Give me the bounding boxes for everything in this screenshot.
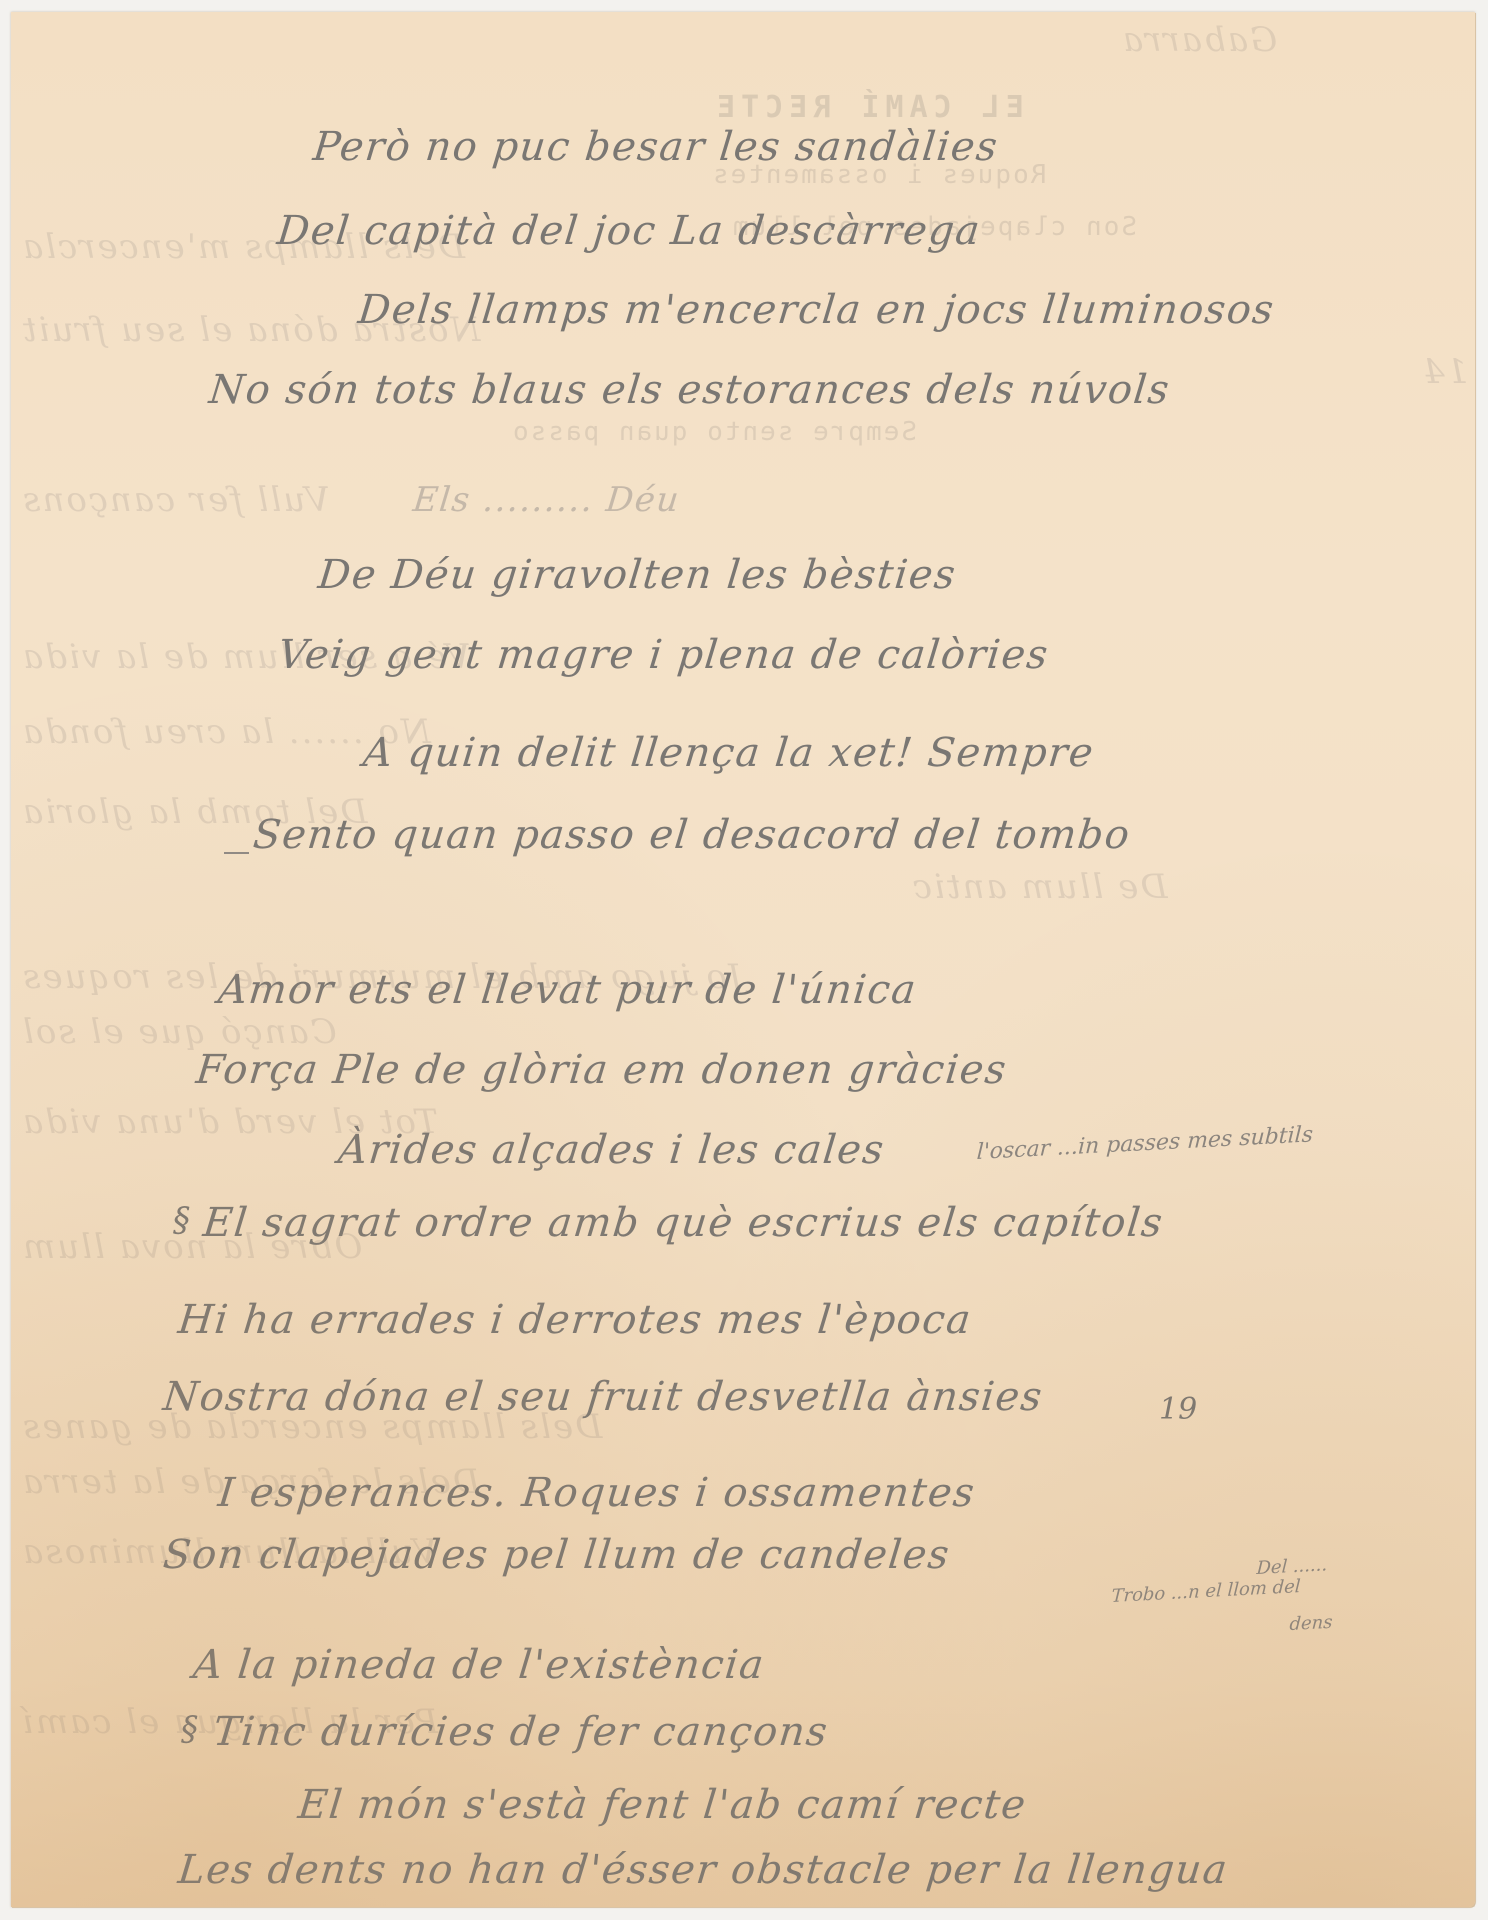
showthrough-header-word: Gabarra [1121, 20, 1277, 60]
poem-line-8: Sento quan passo el desacord del tombo [251, 812, 1133, 858]
poem-line-18: Tinc durícies de fer cançons [211, 1709, 831, 1755]
poem-line-7: A quin delit llença la xet! Sempre [361, 730, 1097, 776]
poem-line-15: I esperances. Roques i ossamentes [216, 1470, 978, 1516]
manuscript-page: Gabarra EL CAMÍ RECTE Roques i ossamente… [11, 12, 1475, 1907]
poem-line-10: Força Ple de glòria em donen gràcies [194, 1047, 1010, 1093]
poem-line-16: Son clapejades pel llum de candeles [161, 1532, 952, 1578]
showthrough-line: De llum antic [911, 867, 1168, 907]
poem-line-19: El món s'està fent l'ab camí recte [296, 1782, 1029, 1828]
margin-mark-icon: § [173, 1200, 190, 1240]
side-note-line: Trobo ...n el llom del [1111, 1576, 1301, 1607]
line-number: 19 [1159, 1392, 1197, 1427]
side-note-line: Del ...... [1256, 1554, 1328, 1579]
poem-line-2: Del capità del joc La descàrrega [275, 208, 983, 254]
poem-line-3: Dels llamps m'encercla en jocs lluminoso… [356, 287, 1277, 333]
poem-line-12: El sagrat ordre amb què escrius els capí… [201, 1200, 1166, 1246]
poem-line-6: Veig gent magre i plena de calòries [276, 632, 1051, 678]
showthrough-page-number: 14 [1421, 352, 1468, 392]
poem-line-1: Però no puc besar les sandàlies [311, 124, 1001, 170]
poem-line-9: Amor ets el llevat pur de l'única [216, 967, 919, 1013]
poem-line-17: A la pineda de l'existència [191, 1642, 767, 1688]
showthrough-line: Vull fer cançons [21, 480, 330, 520]
poem-line-20: Les dents no han d'ésser obstacle per la… [176, 1847, 1231, 1893]
showthrough-line: Sempre sento quan passo [511, 417, 917, 447]
poem-line-14: Nostra dóna el seu fruit desvetlla ànsie… [161, 1374, 1045, 1420]
showthrough-title: EL CAMÍ RECTE [711, 90, 1024, 125]
poem-line-13: Hi ha errades i derrotes mes l'època [176, 1297, 974, 1343]
poem-line-4: No són tots blaus els estorances dels nú… [207, 367, 1172, 413]
poem-line-11: Àrides alçades i les cales [336, 1127, 887, 1173]
side-note: l'oscar ...in passes mes subtils [976, 1122, 1314, 1165]
side-note-line: dens [1289, 1612, 1333, 1635]
poem-line-erased: Els ......... Déu [411, 480, 682, 520]
showthrough-line: Cançó que el sol [21, 1012, 337, 1052]
margin-dash [224, 852, 249, 854]
margin-mark-icon: § [181, 1709, 198, 1749]
poem-line-5: De Déu giravolten les bèsties [316, 552, 959, 598]
